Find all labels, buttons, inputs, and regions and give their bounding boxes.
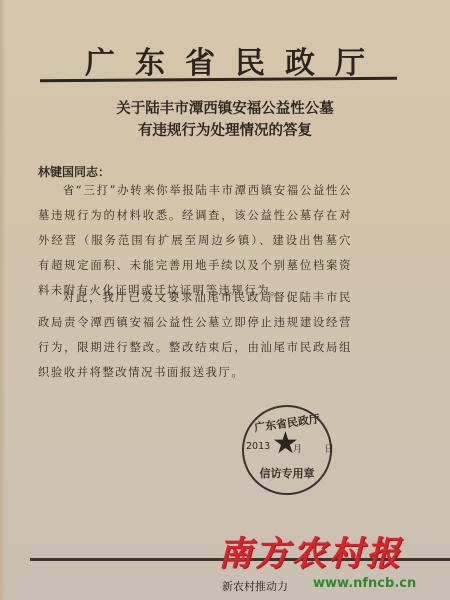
official-seal: 广东省民政厅 ★ 2013 月 日 信访专用章 bbox=[242, 405, 332, 495]
paper-edge-shadow bbox=[0, 0, 6, 600]
title-line-2: 有违规行为处理情况的答复 bbox=[0, 120, 450, 142]
watermark-slogan: 新农村推动力 bbox=[222, 578, 288, 594]
watermark-brand-logo: 南方农村报 bbox=[218, 526, 403, 575]
title-line-1: 关于陆丰市潭西镇安福公益性公墓 bbox=[0, 98, 450, 120]
seal-date: 2013 月 日 bbox=[246, 441, 334, 455]
seal-month: 月 bbox=[293, 441, 303, 455]
org-header: 广东省民政厅 bbox=[0, 38, 450, 82]
body-paragraph-2: 对此，我厅已发文要求汕尾市民政局督促陆丰市民政局责令潭西镇安福公益性公墓立即停止… bbox=[38, 285, 352, 385]
seal-day: 日 bbox=[324, 441, 334, 455]
watermark-website: www.nfncb.cn bbox=[313, 576, 416, 591]
seal-year: 2013 bbox=[246, 441, 270, 455]
seal-department: 信访专用章 bbox=[244, 465, 330, 481]
document-photo: 广东省民政厅 关于陆丰市潭西镇安福公益性公墓 有违规行为处理情况的答复 林键国同… bbox=[0, 0, 450, 600]
document-title: 关于陆丰市潭西镇安福公益性公墓 有违规行为处理情况的答复 bbox=[0, 98, 450, 142]
